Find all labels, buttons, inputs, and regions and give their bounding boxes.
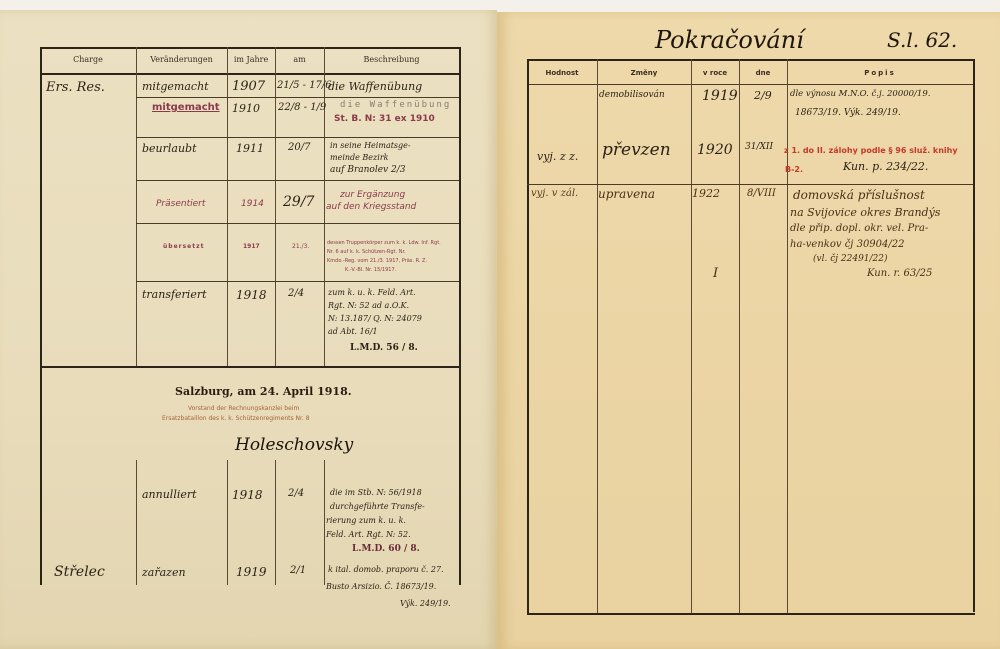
- date-cell: 20/7: [288, 142, 310, 153]
- year-cell: 1920: [697, 142, 733, 158]
- change-cell: zařazen: [142, 566, 186, 579]
- row-line: [136, 97, 459, 98]
- description-line: zum k. u. k. Feld. Art.: [328, 288, 416, 297]
- change-cell: annulliert: [142, 488, 197, 501]
- description-stamp: K.-V.-Bl. Nr. 15/1917.: [345, 267, 396, 273]
- table-right-border: [459, 47, 461, 585]
- row-line: [136, 223, 459, 224]
- col-divider-1b: [136, 460, 137, 585]
- header-description: Beschreibung: [324, 55, 459, 64]
- year-stamp: 1914: [241, 199, 264, 209]
- description-line: na Svijovice okres Brandýs: [790, 206, 940, 219]
- col-divider-1: [597, 59, 598, 613]
- header-charge: Charge: [40, 55, 136, 64]
- charge-cell: Ers. Res.: [46, 80, 105, 95]
- reserve-transfer-stamp: z 1. do II. zálohy podle § 96 služ. knih…: [784, 146, 958, 155]
- change-cell: mitgemacht: [142, 80, 209, 93]
- description-line: Feld. Art. Rgt. N: 52.: [326, 530, 411, 539]
- description-line: rierung zum k. u. k.: [326, 516, 406, 525]
- row-line: [136, 137, 459, 138]
- table-bottom-border: [527, 613, 975, 615]
- description-line: domovská příslušnost: [793, 188, 925, 202]
- description-line: in seine Heimatsge-: [330, 141, 411, 150]
- header-changes: Změny: [597, 69, 691, 77]
- col-divider-4b: [324, 460, 325, 585]
- year-cell: 1922: [692, 187, 720, 200]
- col-divider-4: [324, 47, 325, 367]
- header-day: dne: [739, 69, 787, 77]
- page-note: S.l. 62.: [887, 28, 957, 52]
- year-stamp: 1917: [243, 243, 260, 250]
- section-divider: [40, 366, 460, 368]
- header-changes: Veränderungen: [136, 55, 227, 64]
- date-cell: 29/7: [283, 194, 314, 210]
- header-year: im Jahre: [227, 55, 275, 64]
- col-divider-2: [691, 59, 692, 613]
- col-divider-2b: [227, 460, 228, 585]
- description-cell: die Waffenübung: [328, 80, 422, 93]
- office-stamp: Vorstand der Rechnungskanzlei beim: [188, 405, 299, 412]
- table-left-border: [40, 47, 42, 585]
- change-cell: transferiert: [142, 288, 207, 301]
- description-line: dle přip. dopl. okr. vel. Pra-: [790, 223, 928, 234]
- description-line: dle výnosu M.N.O. č.j. 20000/19.: [790, 89, 930, 99]
- change-cell: upravena: [598, 187, 655, 201]
- year-cell: 1919: [702, 88, 738, 104]
- description-stamp: auf den Kriegsstand: [326, 202, 416, 212]
- description-stamp: dessen Truppenkörper zum k. k. Ldw. Inf.…: [327, 240, 441, 246]
- year-cell: 1918: [232, 488, 263, 502]
- description-stamp: zur Ergänzung: [340, 190, 405, 200]
- row-line: [527, 184, 973, 185]
- margin-mark: I: [713, 266, 718, 281]
- description-line: durchgeführte Transfe-: [330, 502, 425, 511]
- description-stamp: die Waffenübung: [340, 100, 451, 110]
- description-line: auf Branolev 2/3: [330, 165, 406, 175]
- col-divider-2: [227, 47, 228, 367]
- description-line: die im Stb. N: 56/1918: [330, 488, 422, 497]
- description-line: meinde Bezirk: [330, 153, 389, 162]
- office-stamp: Ersatzbataillon des k. k. Schützenregime…: [162, 415, 310, 422]
- year-cell: 1911: [236, 142, 264, 155]
- header-bottom-border: [527, 84, 973, 85]
- description-line: ha-venkov čj 30904/22: [790, 239, 904, 250]
- col-divider-4: [787, 59, 788, 613]
- description-note: Kun. p. 234/22.: [843, 160, 928, 173]
- date-cell: 2/9: [754, 89, 772, 102]
- table-top-border: [527, 59, 973, 61]
- date-stamp: 21./3.: [292, 243, 309, 250]
- col-divider-3: [275, 47, 276, 367]
- description-stamp: Kmdo.-Reg. vom 21./3. 1917, Präs. R. Z.: [327, 258, 427, 264]
- date-cell: 2/4: [288, 488, 304, 499]
- col-divider-3b: [275, 460, 276, 585]
- rank-cell: vyj. v zál.: [531, 188, 578, 199]
- year-cell: 1918: [236, 288, 267, 302]
- col-divider-3: [739, 59, 740, 613]
- table-left-border: [527, 59, 529, 614]
- description-stamp: Nr. 6 auf k. k. Schützen-Rgt. Nr.: [327, 249, 406, 255]
- change-cell: beurlaubt: [142, 142, 197, 155]
- description-line: N: 13.187/ Q. N: 24079: [328, 314, 422, 323]
- change-stamp: übersetzt: [163, 243, 204, 250]
- right-page: Pokračování S.l. 62. Hodnost Změny v roc…: [497, 12, 1000, 649]
- header-year: v roce: [691, 69, 739, 77]
- header-bottom-border: [40, 73, 460, 75]
- signature: Holeschovsky: [235, 435, 353, 455]
- description-line: Rgt. N: 52 ad a.O.K.: [328, 301, 409, 310]
- date-cell: 31/XII: [745, 142, 773, 152]
- ledger-stamp: L.M.D. 60 / 8.: [352, 544, 420, 554]
- header-rank: Hodnost: [527, 69, 597, 77]
- date-cell: 8/VIII: [747, 188, 776, 199]
- description-line: Kun. r. 63/25: [867, 268, 932, 279]
- change-stamp: mitgemacht: [152, 102, 220, 113]
- year-cell: 1910: [232, 102, 260, 115]
- date-cell: 22/8 - 1/9: [278, 102, 326, 113]
- col-divider-1: [136, 47, 137, 367]
- row-line: [136, 281, 459, 282]
- date-cell: 2/4: [288, 288, 304, 299]
- table-top-border: [40, 47, 460, 49]
- date-cell: 21/5 - 17/6: [277, 80, 332, 91]
- header-date: am: [275, 55, 324, 64]
- description-stamp: St. B. N: 31 ex 1910: [334, 114, 435, 124]
- description-line: ad Abt. 16/1: [328, 327, 378, 336]
- place-date-stamp: Salzburg, am 24. April 1918.: [175, 385, 352, 398]
- rank-cell: vyj. z z.: [537, 150, 578, 163]
- change-cell: demobilisován: [599, 90, 665, 100]
- description-line: Výk. 249/19.: [400, 599, 451, 608]
- description-line: Busto Arsizio. Č. 18673/19.: [326, 582, 436, 591]
- ledger-stamp: L.M.D. 56 / 8.: [350, 343, 418, 353]
- change-stamp: Präsentiert: [156, 199, 205, 209]
- table-right-border: [973, 59, 975, 612]
- page-title: Pokračování: [655, 26, 804, 54]
- reserve-transfer-stamp: B-2.: [785, 165, 803, 174]
- description-line: (vl. čj 22491/22): [813, 254, 888, 264]
- description-line: k ital. domob. praporu č. 27.: [328, 565, 444, 574]
- year-cell: 1919: [236, 565, 267, 579]
- date-cell: 2/1: [290, 565, 306, 576]
- header-description: Popis: [787, 69, 973, 77]
- charge-cell: Střelec: [54, 564, 105, 580]
- row-line: [136, 180, 459, 181]
- year-cell: 1907: [232, 79, 265, 94]
- change-cell: převzen: [602, 140, 671, 160]
- description-line: 18673/19. Výk. 249/19.: [795, 108, 901, 118]
- left-page: Charge Veränderungen im Jahre am Beschre…: [0, 10, 497, 649]
